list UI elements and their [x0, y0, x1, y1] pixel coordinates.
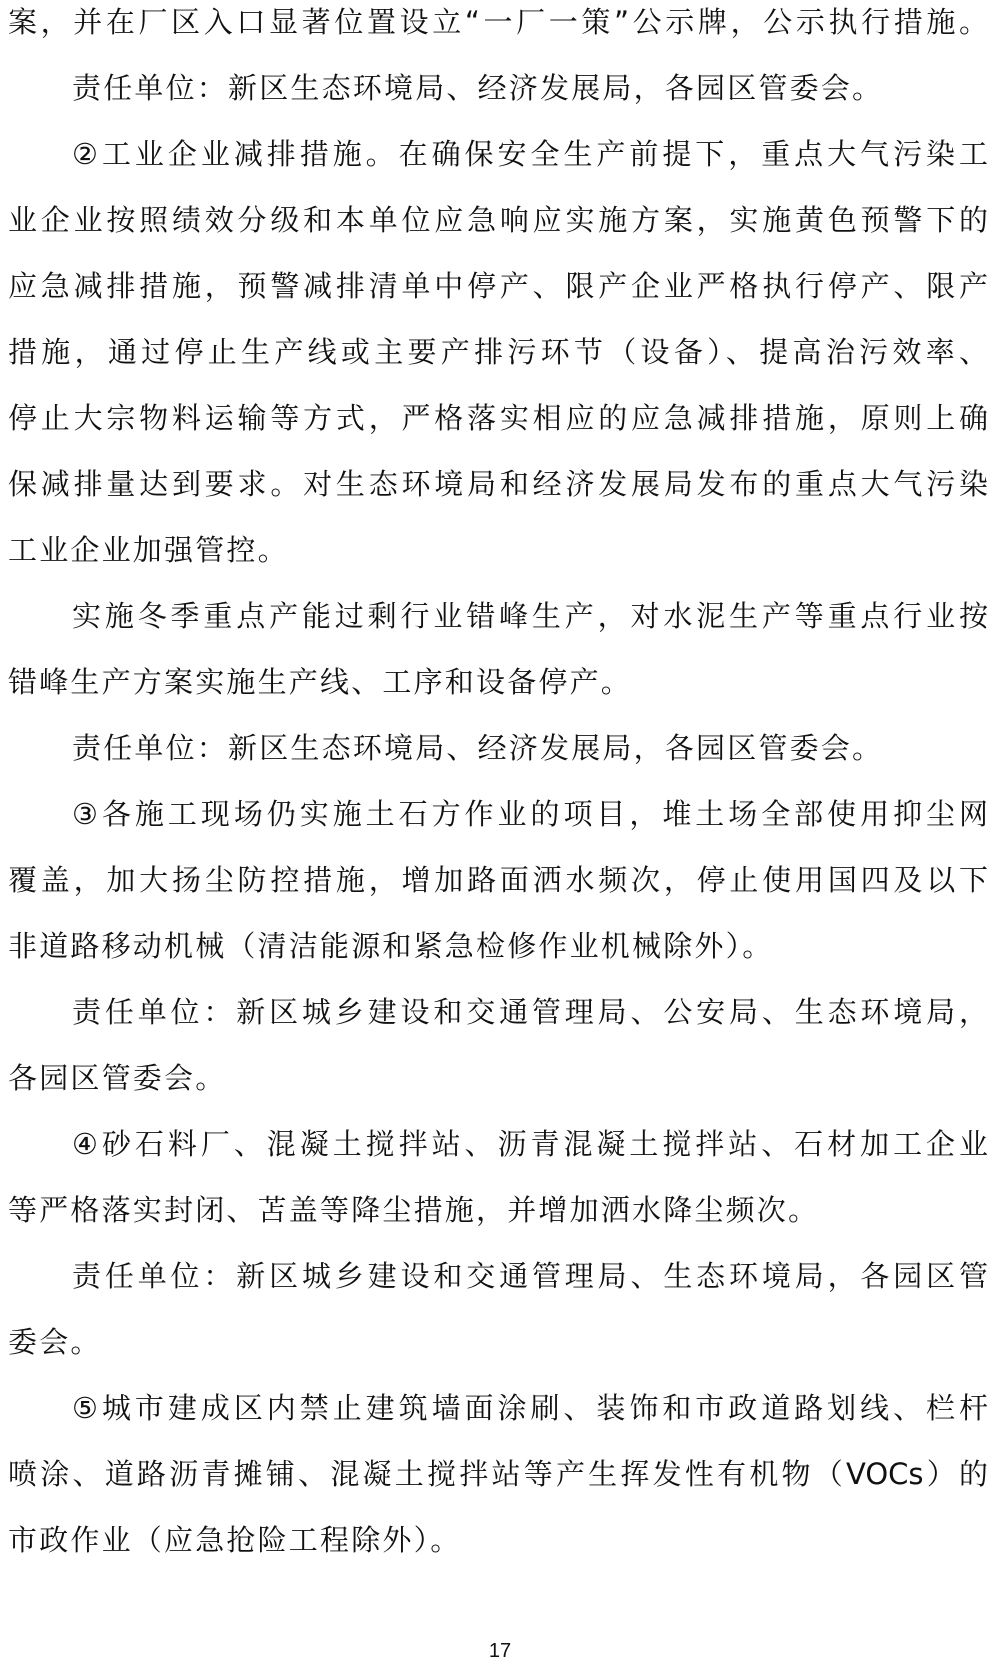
text-line: 市政作业（应急抢险工程除外）。 — [8, 1520, 988, 1560]
text-line: 非道路移动机械（清洁能源和紧急检修作业机械除外）。 — [8, 926, 988, 966]
text-line: 停止大宗物料运输等方式，严格落实相应的应急减排措施，原则上确 — [8, 398, 988, 438]
text-line: ②工业企业减排措施。在确保安全生产前提下，重点大气污染工 — [8, 134, 988, 174]
text-line: ④砂石料厂、混凝土搅拌站、沥青混凝土搅拌站、石材加工企业 — [8, 1124, 988, 1164]
text-line: ⑤城市建成区内禁止建筑墙面涂刷、装饰和市政道路划线、栏杆 — [8, 1388, 988, 1428]
text-line: 错峰生产方案实施生产线、工序和设备停产。 — [8, 662, 988, 702]
text-line: 责任单位：新区城乡建设和交通管理局、公安局、生态环境局， — [8, 992, 988, 1032]
text-line: 委会。 — [8, 1322, 988, 1362]
text-line: 实施冬季重点产能过剩行业错峰生产，对水泥生产等重点行业按 — [8, 596, 988, 636]
text-line: 责任单位：新区生态环境局、经济发展局，各园区管委会。 — [8, 728, 988, 768]
page-number: 17 — [0, 1640, 1000, 1663]
text-line: 工业企业加强管控。 — [8, 530, 988, 570]
text-line: ③各施工现场仍实施土石方作业的项目，堆土场全部使用抑尘网 — [8, 794, 988, 834]
text-line: 案，并在厂区入口显著位置设立“一厂一策”公示牌，公示执行措施。 — [8, 2, 988, 42]
text-line: 等严格落实封闭、苫盖等降尘措施，并增加洒水降尘频次。 — [8, 1190, 988, 1230]
text-line: 各园区管委会。 — [8, 1058, 988, 1098]
text-line: 责任单位：新区城乡建设和交通管理局、生态环境局，各园区管 — [8, 1256, 988, 1296]
text-line: 保减排量达到要求。对生态环境局和经济发展局发布的重点大气污染 — [8, 464, 988, 504]
text-line: 喷涂、道路沥青摊铺、混凝土搅拌站等产生挥发性有机物（VOCs）的 — [8, 1454, 988, 1494]
text-line: 覆盖，加大扬尘防控措施，增加路面洒水频次，停止使用国四及以下 — [8, 860, 988, 900]
text-line: 责任单位：新区生态环境局、经济发展局，各园区管委会。 — [8, 68, 988, 108]
text-line: 业企业按照绩效分级和本单位应急响应实施方案，实施黄色预警下的 — [8, 200, 988, 240]
text-line: 应急减排措施，预警减排清单中停产、限产企业严格执行停产、限产 — [8, 266, 988, 306]
text-line: 措施，通过停止生产线或主要产排污环节（设备）、提高治污效率、 — [8, 332, 988, 372]
